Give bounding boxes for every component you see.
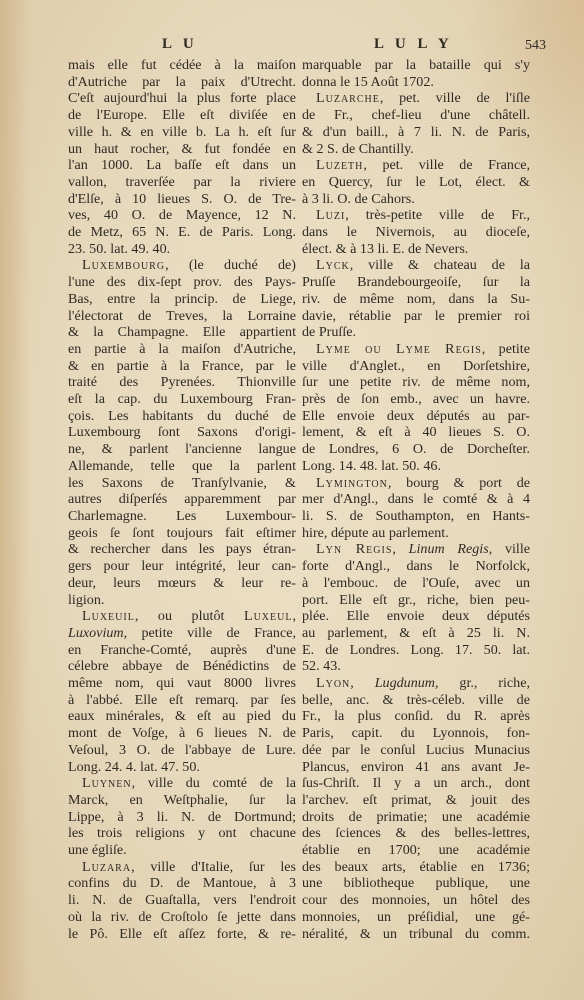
- text-line: établie en 1700; une académie: [302, 842, 530, 859]
- line-text: li. N. de Guaſtalla, vers l'endroit: [68, 892, 296, 908]
- line-text: ne, & parlent l'ancienne langue: [68, 441, 296, 457]
- line-text: , gr., riche,: [435, 675, 530, 691]
- text-line: geois ſe ſont toujours fait eſtimer: [68, 525, 296, 542]
- text-line: çois. Les habitants du duché de: [68, 408, 296, 425]
- line-text: , ville du comté de la: [132, 775, 296, 791]
- line-text: Veſoul, 3 O. de l'abbaye de Lure.: [68, 742, 296, 758]
- entry-first-line: Luxeuil, ou plutôt Luxeul,: [68, 608, 296, 625]
- text-line: monnoies, un préſidial, une gé-: [302, 909, 530, 926]
- line-text: ligion.: [68, 592, 104, 608]
- text-line: les Saxons de Tranſylvanie, &: [68, 475, 296, 492]
- line-text: , ville: [489, 541, 530, 557]
- text-line: marquable par la bataille qui s'y: [302, 57, 530, 74]
- line-text: marquable par la bataille qui s'y: [302, 57, 530, 73]
- entry-first-line: Luzi, très-petite ville de Fr.,: [302, 207, 530, 224]
- line-text: le Pô. Elle eſt aſſez forte, & re-: [68, 926, 296, 942]
- line-text: davie, rétablie par le premier roi: [302, 308, 530, 324]
- text-line: traité des Pyrenées. Thionville: [68, 374, 296, 391]
- line-text: & en partie à la France, par le: [68, 358, 296, 374]
- line-text: mont de Voſge, à 6 lieues N. de: [68, 725, 296, 741]
- text-line: près de ſon emb., avec un havre.: [302, 391, 530, 408]
- line-text: les Saxons de Tranſylvanie, &: [68, 475, 296, 491]
- line-text: Fr., la plus conſid. du R. après: [302, 708, 530, 724]
- line-text: d'Autriche par la paix d'Utrecht.: [68, 74, 296, 90]
- line-text: de l'Europe. Elle eſt diviſée en: [68, 107, 296, 123]
- line-text: & 2 S. de Chantilly.: [302, 141, 414, 157]
- text-line: d'Elſe, à 10 lieues S. O. de Tre-: [68, 191, 296, 208]
- text-line: 23. 50. lat. 49. 40.: [68, 241, 296, 258]
- entry-headword: Luxeuil: [82, 608, 135, 624]
- line-text: Allemande, telle que la parlent: [68, 458, 296, 474]
- right-column: marquable par la bataille qui s'ydonna l…: [302, 57, 530, 942]
- line-text: Charlemagne. Les Luxembour-: [68, 508, 296, 524]
- text-line: li. S. de Southampton, en Hants-: [302, 508, 530, 525]
- line-text: confins du D. de Mantoue, à 3: [68, 875, 296, 891]
- text-line: célebre abbaye de Bénédictins de: [68, 658, 296, 675]
- text-line: Veſoul, 3 O. de l'abbaye de Lure.: [68, 742, 296, 759]
- text-line: Pruſſe Brandebourgeoiſe, ſur la: [302, 274, 530, 291]
- line-text: au parlement, & eſt à 25 li. N.: [302, 625, 530, 641]
- text-line: E. de Londres. Long. 17. 50. lat.: [302, 642, 530, 659]
- text-line: à l'embouc. de l'Ouſe, avec un: [302, 575, 530, 592]
- text-line: où la riv. de Croſtolo ſe jette dans: [68, 909, 296, 926]
- latin-name: Luxovium: [68, 625, 124, 641]
- line-text: deur, leurs mœurs & leur re-: [68, 575, 296, 591]
- line-text: en partie à la maiſon d'Autriche,: [68, 341, 296, 357]
- text-line: l'électorat de Treves, la Lorraine: [68, 308, 296, 325]
- text-line: en partie à la maiſon d'Autriche,: [68, 341, 296, 358]
- entry-headword: Luxembourg: [82, 257, 165, 273]
- line-text: Elle envoie deux députés au par-: [302, 408, 530, 424]
- text-line: en Quercy, ſur le Lot, élect. &: [302, 174, 530, 191]
- line-text: gers pour leur intégrité, leur can-: [68, 558, 296, 574]
- entry-headword: Lyon: [316, 675, 350, 691]
- line-text: de Metz, 65 N. E. de Paris. Long.: [68, 224, 296, 240]
- text-line: l'an 1000. La baſſe eſt dans un: [68, 157, 296, 174]
- line-text: Bas, entre la princip. de Liege,: [68, 291, 296, 307]
- text-line: lement, & eſt à 40 lieues S. O.: [302, 424, 530, 441]
- line-text: élect. & à 13 li. E. de Nevers.: [302, 241, 468, 257]
- line-text: ,: [350, 675, 374, 691]
- entry-first-line: Luynen, ville du comté de la: [68, 775, 296, 792]
- latin-name: Lugdunum: [375, 675, 435, 691]
- line-text: une bibliotheque publique, une: [302, 875, 530, 891]
- line-text: eſt la cap. du Luxembourg Fran-: [68, 391, 296, 407]
- line-text: de Londres, 6 O. de Dorcheſter.: [302, 441, 530, 457]
- text-line: de l'Europe. Elle eſt diviſée en: [68, 107, 296, 124]
- text-line: forte d'Angl., dans le Norfolck,: [302, 558, 530, 575]
- text-line: & rechercher dans les pays étran-: [68, 541, 296, 558]
- line-text: une égliſe.: [68, 842, 127, 858]
- line-text: , très-petite ville de Fr.,: [345, 207, 530, 223]
- line-text: néralité, & un tribunal du comm.: [302, 926, 530, 942]
- line-text: des ſciences & des belles-lettres,: [302, 825, 530, 841]
- line-text: ville h. & en ville b. La h. eſt ſur: [68, 124, 296, 140]
- line-text: monnoies, un préſidial, une gé-: [302, 909, 530, 925]
- text-line: l'une des dix-ſept prov. des Pays-: [68, 274, 296, 291]
- line-text: mais elle fut cédée à la maiſon: [68, 57, 296, 73]
- line-text: 23. 50. lat. 49. 40.: [68, 241, 170, 257]
- line-text: geois ſe ſont toujours fait eſtimer: [68, 525, 296, 541]
- line-text: donna le 15 Août 1702.: [302, 74, 434, 90]
- line-text: forte d'Angl., dans le Norfolck,: [302, 558, 530, 574]
- entry-headword: Luzi: [316, 207, 345, 223]
- text-line: l'archev. eſt primat, & jouit des: [302, 792, 530, 809]
- entry-headword: Lymington: [316, 475, 388, 491]
- line-text: & la Champagne. Elle appartient: [68, 324, 296, 340]
- line-text: , ville & chateau de la: [350, 257, 530, 273]
- text-line: dans le Nivernois, au dioceſe,: [302, 224, 530, 241]
- line-text: 52. 43.: [302, 658, 341, 674]
- text-line: & la Champagne. Elle appartient: [68, 324, 296, 341]
- text-line: & d'un baill., à 7 li. N. de Paris,: [302, 124, 530, 141]
- text-line: des ſciences & des belles-lettres,: [302, 825, 530, 842]
- text-line: li. N. de Guaſtalla, vers l'endroit: [68, 892, 296, 909]
- text-line: à 3 li. O. de Cahors.: [302, 191, 530, 208]
- page-edge-shadow: [0, 0, 30, 1000]
- line-text: , ville d'Italie, ſur les: [131, 859, 296, 875]
- text-line: cour des monnoies, un hôtel des: [302, 892, 530, 909]
- text-line: Marck, en Weſtphalie, ſur la: [68, 792, 296, 809]
- entry-headword: Luynen: [82, 775, 132, 791]
- text-line: mont de Voſge, à 6 lieues N. de: [68, 725, 296, 742]
- text-line: au parlement, & eſt à 25 li. N.: [302, 625, 530, 642]
- line-text: cour des monnoies, un hôtel des: [302, 892, 530, 908]
- text-line: donna le 15 Août 1702.: [302, 74, 530, 91]
- text-line: riv. de même nom, dans la Su-: [302, 291, 530, 308]
- entry-headword: Luzarche: [316, 90, 380, 106]
- entry-headword: Luzeth: [316, 157, 363, 173]
- line-text: où la riv. de Croſtolo ſe jette dans: [68, 909, 296, 925]
- line-text: , bourg & port de: [388, 475, 530, 491]
- line-text: Long. 24. 4. lat. 47. 50.: [68, 759, 200, 775]
- entry-first-line: Luzeth, pet. ville de France,: [302, 157, 530, 174]
- text-line: en Franche-Comté, auprès d'une: [68, 642, 296, 659]
- text-line: gers pour leur intégrité, leur can-: [68, 558, 296, 575]
- line-text: Marck, en Weſtphalie, ſur la: [68, 792, 296, 808]
- line-text: & d'un baill., à 7 li. N. de Paris,: [302, 124, 530, 140]
- line-text: C'eſt aujourd'hui la plus forte place: [68, 90, 296, 106]
- line-text: mer d'Angl., dans le comté & à 4: [302, 491, 530, 507]
- line-text: célebre abbaye de Bénédictins de: [68, 658, 296, 674]
- text-line: de Pruſſe.: [302, 324, 530, 341]
- text-line: plée. Elle envoie deux députés: [302, 608, 530, 625]
- line-text: traité des Pyrenées. Thionville: [68, 374, 296, 390]
- entry-first-line: Luzara, ville d'Italie, ſur les: [68, 859, 296, 876]
- line-text: même nom, qui vaut 8000 livres: [68, 675, 296, 691]
- line-text: Lippe, à 3 li. N. de Dortmund;: [68, 809, 296, 825]
- text-line: davie, rétablie par le premier roi: [302, 308, 530, 325]
- text-line: élect. & à 13 li. E. de Nevers.: [302, 241, 530, 258]
- text-line: Bas, entre la princip. de Liege,: [68, 291, 296, 308]
- text-line: une égliſe.: [68, 842, 296, 859]
- line-text: en Quercy, ſur le Lot, élect. &: [302, 174, 530, 190]
- running-header: L U L U L Y 543: [66, 36, 546, 56]
- entry-headword: Luzara: [82, 859, 131, 875]
- text-line: des beaux arts, établie en 1736;: [302, 859, 530, 876]
- text-line: mer d'Angl., dans le comté & à 4: [302, 491, 530, 508]
- line-text: E. de Londres. Long. 17. 50. lat.: [302, 642, 530, 658]
- line-text: , pet. ville de l'iſle: [380, 90, 530, 106]
- line-text: , (le duché de): [165, 257, 296, 273]
- text-line: Plancus, environ 41 ans avant Je-: [302, 759, 530, 776]
- line-text: les trois religions y ont chacune: [68, 825, 296, 841]
- text-line: & en partie à la France, par le: [68, 358, 296, 375]
- text-line: de Londres, 6 O. de Dorcheſter.: [302, 441, 530, 458]
- text-line: de Metz, 65 N. E. de Paris. Long.: [68, 224, 296, 241]
- text-line: hire, députe au parlement.: [302, 525, 530, 542]
- entry-first-line: Luxembourg, (le duché de): [68, 257, 296, 274]
- line-text: port. Elle eſt gr., riche, bien peu-: [302, 592, 530, 608]
- line-text: belle, anc. & très-céleb. ville de: [302, 692, 530, 708]
- text-line: à l'abbé. Elle eſt remarq. par ſes: [68, 692, 296, 709]
- line-text: & rechercher dans les pays étran-: [68, 541, 296, 557]
- text-line: ves, 40 O. de Mayence, 12 N.: [68, 207, 296, 224]
- entry-headword: Lyme ou Lyme Regis: [316, 341, 482, 357]
- text-line: Elle envoie deux députés au par-: [302, 408, 530, 425]
- text-line: confins du D. de Mantoue, à 3: [68, 875, 296, 892]
- line-text: des beaux arts, établie en 1736;: [302, 859, 530, 875]
- entry-first-line: Lyon, Lugdunum, gr., riche,: [302, 675, 530, 692]
- line-text: çois. Les habitants du duché de: [68, 408, 296, 424]
- text-line: Long. 24. 4. lat. 47. 50.: [68, 759, 296, 776]
- entry-first-line: Lyn Regis, Linum Regis, ville: [302, 541, 530, 558]
- entry-first-line: Lymington, bourg & port de: [302, 475, 530, 492]
- text-line: les trois religions y ont chacune: [68, 825, 296, 842]
- line-text: établie en 1700; une académie: [302, 842, 530, 858]
- text-line: Long. 14. 48. lat. 50. 46.: [302, 458, 530, 475]
- line-text: l'an 1000. La baſſe eſt dans un: [68, 157, 296, 173]
- text-line: Paris, capit. du Lyonnois, fon-: [302, 725, 530, 742]
- running-head-right: L U L Y: [374, 36, 453, 53]
- running-head-left: L U: [162, 36, 198, 53]
- line-text: ſus-Chriſt. Il y a un arch., dont: [302, 775, 530, 791]
- latin-name: Linum Regis: [409, 541, 489, 557]
- text-line: Allemande, telle que la parlent: [68, 458, 296, 475]
- text-line: Luxembourg ſont Saxons d'origi-: [68, 424, 296, 441]
- text-line: un haut rocher, & fut fondée en: [68, 141, 296, 158]
- entry-first-line: Lyme ou Lyme Regis, petite: [302, 341, 530, 358]
- text-line: mais elle fut cédée à la maiſon: [68, 57, 296, 74]
- line-text: li. S. de Southampton, en Hants-: [302, 508, 530, 524]
- line-text: à l'embouc. de l'Ouſe, avec un: [302, 575, 530, 591]
- text-line: ville d'Anglet., en Dorſetshire,: [302, 358, 530, 375]
- line-text: , ou plutôt: [135, 608, 244, 624]
- line-text: Long. 14. 48. lat. 50. 46.: [302, 458, 441, 474]
- text-line: & 2 S. de Chantilly.: [302, 141, 530, 158]
- line-text: dée par le conſul Lucius Munacius: [302, 742, 530, 758]
- line-text: droits de primatie; une académie: [302, 809, 530, 825]
- line-text: lement, & eſt à 40 lieues S. O.: [302, 424, 530, 440]
- entry-headword: Lyn Regis: [316, 541, 392, 557]
- line-text: riv. de même nom, dans la Su-: [302, 291, 530, 307]
- line-text: de Pruſſe.: [302, 324, 356, 340]
- text-line: 52. 43.: [302, 658, 530, 675]
- line-text: ſur une petite riv. de même nom,: [302, 374, 530, 390]
- text-line: ſus-Chriſt. Il y a un arch., dont: [302, 775, 530, 792]
- text-line: eſt la cap. du Luxembourg Fran-: [68, 391, 296, 408]
- text-line: de Fr., chef-lieu d'une châtell.: [302, 107, 530, 124]
- entry-first-line: Lyck, ville & chateau de la: [302, 257, 530, 274]
- left-column: mais elle fut cédée à la maiſond'Autrich…: [68, 57, 296, 942]
- text-line: C'eſt aujourd'hui la plus forte place: [68, 90, 296, 107]
- line-text: Plancus, environ 41 ans avant Je-: [302, 759, 530, 775]
- text-line: même nom, qui vaut 8000 livres: [68, 675, 296, 692]
- text-line: eaux minérales, & eſt au pied du: [68, 708, 296, 725]
- entry-first-line: Luzarche, pet. ville de l'iſle: [302, 90, 530, 107]
- line-text: à l'abbé. Elle eſt remarq. par ſes: [68, 692, 296, 708]
- entry-headword-variant: Luxeul: [244, 608, 293, 624]
- line-text: plée. Elle envoie deux députés: [302, 608, 530, 624]
- line-text: l'électorat de Treves, la Lorraine: [68, 308, 296, 324]
- text-line: néralité, & un tribunal du comm.: [302, 926, 530, 943]
- line-text: Pruſſe Brandebourgeoiſe, ſur la: [302, 274, 530, 290]
- text-line: vallon, traverſée par la riviere: [68, 174, 296, 191]
- line-text: près de ſon emb., avec un havre.: [302, 391, 530, 407]
- line-text: ,: [292, 608, 296, 624]
- line-text: vallon, traverſée par la riviere: [68, 174, 296, 190]
- text-line: ville h. & en ville b. La h. eſt ſur: [68, 124, 296, 141]
- line-text: , petite: [482, 341, 530, 357]
- line-text: à 3 li. O. de Cahors.: [302, 191, 415, 207]
- line-text: l'archev. eſt primat, & jouit des: [302, 792, 530, 808]
- text-line: dée par le conſul Lucius Munacius: [302, 742, 530, 759]
- text-line: le Pô. Elle eſt aſſez forte, & re-: [68, 926, 296, 943]
- line-text: en Franche-Comté, auprès d'une: [68, 642, 296, 658]
- line-text: , petite ville de France,: [124, 625, 296, 641]
- text-line: une bibliotheque publique, une: [302, 875, 530, 892]
- line-text: autres diſperſés apparemment par: [68, 491, 296, 507]
- entry-headword: Lyck: [316, 257, 350, 273]
- text-line: ne, & parlent l'ancienne langue: [68, 441, 296, 458]
- text-line: Lippe, à 3 li. N. de Dortmund;: [68, 809, 296, 826]
- text-line: droits de primatie; une académie: [302, 809, 530, 826]
- line-text: Paris, capit. du Lyonnois, fon-: [302, 725, 530, 741]
- line-text: ves, 40 O. de Mayence, 12 N.: [68, 207, 296, 223]
- text-line: d'Autriche par la paix d'Utrecht.: [68, 74, 296, 91]
- text-line: Luxovium, petite ville de France,: [68, 625, 296, 642]
- line-text: , pet. ville de France,: [363, 157, 530, 173]
- text-line: Charlemagne. Les Luxembour-: [68, 508, 296, 525]
- line-text: d'Elſe, à 10 lieues S. O. de Tre-: [68, 191, 296, 207]
- text-line: port. Elle eſt gr., riche, bien peu-: [302, 592, 530, 609]
- line-text: de Fr., chef-lieu d'une châtell.: [302, 107, 530, 123]
- text-line: ligion.: [68, 592, 296, 609]
- text-line: Fr., la plus conſid. du R. après: [302, 708, 530, 725]
- line-text: eaux minérales, & eſt au pied du: [68, 708, 296, 724]
- line-text: un haut rocher, & fut fondée en: [68, 141, 296, 157]
- line-text: hire, députe au parlement.: [302, 525, 449, 541]
- line-text: l'une des dix-ſept prov. des Pays-: [68, 274, 296, 290]
- line-text: ,: [392, 541, 408, 557]
- text-line: ſur une petite riv. de même nom,: [302, 374, 530, 391]
- line-text: dans le Nivernois, au dioceſe,: [302, 224, 530, 240]
- text-line: belle, anc. & très-céleb. ville de: [302, 692, 530, 709]
- text-line: autres diſperſés apparemment par: [68, 491, 296, 508]
- text-line: deur, leurs mœurs & leur re-: [68, 575, 296, 592]
- line-text: ville d'Anglet., en Dorſetshire,: [302, 358, 530, 374]
- page-number: 543: [525, 38, 546, 54]
- line-text: Luxembourg ſont Saxons d'origi-: [68, 424, 296, 440]
